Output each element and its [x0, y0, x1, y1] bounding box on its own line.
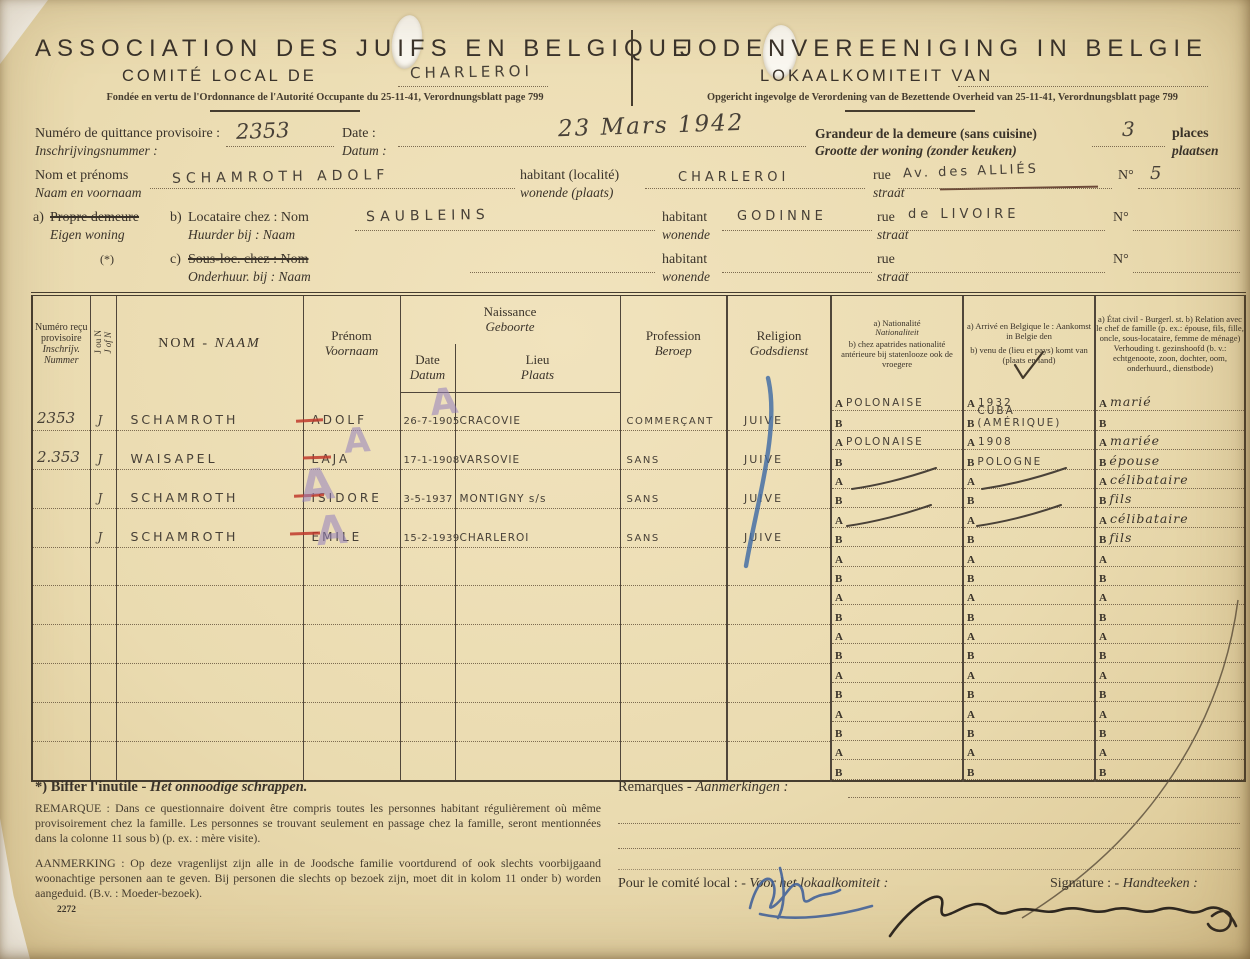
dotted-line — [355, 230, 655, 231]
sub-row-b-value: POLOGNE — [977, 456, 1042, 469]
sub-row-b-label: B — [832, 728, 845, 740]
ligne-c-label-fr: Sous-loc. chez : Nom — [188, 252, 309, 268]
cell-profession — [620, 702, 727, 741]
biffer-note: *) Biffer l'inutile - Het onnoodige schr… — [35, 779, 307, 796]
sub-row-a-value: mariée — [1110, 433, 1160, 449]
table-row: J SCHAMROTH EMILE 15-2-1939 CHARLEROI SA… — [32, 508, 1245, 547]
cell-nom — [116, 702, 303, 741]
biffer-note-nl: Het onnoodige schrappen. — [150, 779, 308, 795]
sub-row-a-label: A — [832, 631, 846, 643]
col-header-j-ou-n: J ou NJ of N — [90, 294, 116, 392]
pour-comite-label: Pour le comité local : - Voor het lokaal… — [618, 876, 888, 892]
sub-row-b-label: B — [832, 650, 845, 662]
sub-row-a-label: A — [1096, 554, 1110, 566]
sub-row-b-label: B — [964, 728, 977, 740]
habitant1-label-nl: wonende (plaats) — [520, 185, 613, 201]
cell-arrive: A1932BCUBA (AMÉRIQUE) — [963, 392, 1095, 431]
no1-label: N° — [1118, 168, 1134, 184]
sub-row-b-label: B — [1096, 573, 1109, 585]
cell-lieu-naissance — [455, 625, 620, 664]
table-row: AB AB AB — [32, 741, 1245, 781]
cell-prenom: EMILE — [303, 508, 400, 547]
signature-label: Signature : - Handteeken : — [1050, 876, 1198, 892]
date-label-nl: Datum : — [342, 143, 387, 159]
signature-label-fr: Signature : - — [1050, 876, 1119, 891]
title-french: ASSOCIATION DES JUIFS EN BELGIQUE — [35, 35, 615, 63]
footnote-french: Fondée en vertu de l'Ordonnance de l'Aut… — [35, 92, 615, 103]
sub-row-b-label: B — [964, 457, 977, 469]
cell-religion — [727, 663, 831, 702]
no1-value-handwritten: 5 — [1150, 163, 1161, 184]
signature-label-nl: Handteeken : — [1123, 876, 1198, 891]
sub-row-b-label: B — [964, 534, 977, 546]
dotted-line — [398, 146, 806, 147]
sub-row-a-label: A — [964, 747, 978, 759]
sub-row-a-label: A — [832, 515, 846, 527]
cell-etat-civil: AB — [1095, 741, 1245, 781]
sub-row-b-label: B — [1096, 767, 1109, 779]
sub-row-b-label: B — [964, 573, 977, 585]
ligne-a-prefix: a) — [33, 210, 44, 226]
sub-row-a-value: POLONAISE — [846, 436, 924, 449]
quittance-label-nl: Inschrijvingsnummer : — [35, 143, 158, 159]
sub-row-b-label: B — [832, 689, 845, 701]
ligne-b-label-fr: Locataire chez : Nom — [188, 210, 309, 226]
cell-etat-civil: AB — [1095, 586, 1245, 625]
col-header-lieu: LieuPlaats — [455, 344, 620, 392]
cell-profession: COMMERÇANT — [620, 392, 727, 431]
cell-nationalite: AB — [831, 741, 963, 781]
cell-j-ou-n — [90, 586, 116, 625]
sub-row-b-value: CUBA (AMÉRIQUE) — [977, 405, 1094, 430]
comite-signature-blue — [736, 862, 916, 924]
sub-row-a-value: célibataire — [1110, 472, 1189, 488]
pour-comite-label-nl: Voor het lokaalkomiteit : — [749, 876, 888, 891]
dotted-line — [618, 848, 1240, 849]
cell-religion — [727, 625, 831, 664]
cell-numero — [32, 625, 90, 664]
ligne-b-prefix: b) — [170, 210, 182, 226]
sub-row-a-label: A — [1096, 592, 1110, 604]
grandeur-label-nl: Grootte der woning (zonder keuken) — [815, 143, 1017, 159]
sub-row-b-label: B — [832, 418, 845, 430]
cell-nom — [116, 663, 303, 702]
dotted-line — [470, 272, 655, 273]
header-rule-right — [845, 110, 975, 112]
table-row: AB AB AB — [32, 586, 1245, 625]
cell-profession: SANS — [620, 431, 727, 470]
cell-numero — [32, 586, 90, 625]
cell-lieu-naissance — [455, 702, 620, 741]
sub-row-a-label: A — [1096, 709, 1110, 721]
cell-lieu-naissance: CRACOVIE — [455, 392, 620, 431]
cell-religion — [727, 586, 831, 625]
cell-religion — [727, 741, 831, 781]
dotted-line — [150, 188, 515, 189]
cell-numero: 2353 — [32, 392, 90, 431]
cell-etat-civil: AmariéB — [1095, 392, 1245, 431]
dotted-line — [722, 272, 872, 273]
cell-profession — [620, 586, 727, 625]
habitant2-label-nl: wonende — [662, 227, 710, 243]
cell-religion: JUIVE — [727, 470, 831, 509]
sub-row-a-value: POLONAISE — [846, 397, 924, 410]
no3-label: N° — [1113, 252, 1129, 268]
dotted-line — [848, 797, 1240, 798]
cell-arrive: AB — [963, 470, 1095, 509]
cell-date-naissance: 15-2-1939 — [400, 508, 455, 547]
cell-prenom — [303, 625, 400, 664]
table-row: 2353 J SCHAMROTH ADOLF 26-7-1905 CRACOVI… — [32, 392, 1245, 431]
cell-religion: JUIVE — [727, 431, 831, 470]
sub-row-a-label: A — [832, 747, 846, 759]
cell-nom: SCHAMROTH — [116, 392, 303, 431]
col-header-naissance: NaissanceGeboorte — [400, 294, 620, 344]
sub-row-a-label: A — [964, 554, 978, 566]
sub-row-a-label: A — [964, 670, 978, 682]
cell-date-naissance — [400, 663, 455, 702]
sub-row-a-label: A — [1096, 631, 1110, 643]
sub-row-a-label: A — [832, 398, 846, 410]
col-header-etat-civil: a) État civil - Burgerl. st. b) Relation… — [1095, 294, 1245, 392]
col-header-arrive: a) Arrivé en Belgique le : Aankomst in B… — [963, 294, 1095, 392]
sub-row-b-label: B — [1096, 457, 1109, 469]
cell-nationalite: APOLONAISEB — [831, 431, 963, 470]
cell-profession — [620, 741, 727, 781]
cell-arrive: AB — [963, 702, 1095, 741]
sub-row-b-label: B — [832, 457, 845, 469]
sub-row-b-label: B — [832, 534, 845, 546]
sub-row-a-label: A — [964, 437, 978, 449]
cell-arrive: AB — [963, 625, 1095, 664]
habitant3-label-nl: wonende — [662, 269, 710, 285]
sub-row-b-label: B — [832, 767, 845, 779]
sub-row-b-label: B — [832, 612, 845, 624]
footnote-dutch: Opgericht ingevolge de Verordening van d… — [645, 92, 1240, 103]
ligne-a-label-nl: Eigen woning — [50, 227, 125, 243]
cell-profession: SANS — [620, 470, 727, 509]
dotted-line — [226, 146, 334, 147]
cell-profession — [620, 625, 727, 664]
places-label-fr: places — [1172, 126, 1209, 142]
cell-religion: JUIVE — [727, 392, 831, 431]
sub-row-a-label: A — [1096, 437, 1110, 449]
cell-j-ou-n: J — [90, 508, 116, 547]
sub-row-a-value: 1908 — [978, 436, 1013, 449]
cell-prenom — [303, 586, 400, 625]
cell-arrive: AB — [963, 741, 1095, 781]
cell-lieu-naissance: MONTIGNY s/s — [455, 470, 620, 509]
ligne-b-label-nl: Huurder bij : Naam — [188, 227, 295, 243]
habitant3-label-fr: habitant — [662, 252, 707, 268]
cell-date-naissance — [400, 586, 455, 625]
dotted-line — [618, 823, 1240, 824]
aanmerking-paragraph: AANMERKING : Op deze vragenlijst zijn al… — [35, 856, 601, 901]
cell-lieu-naissance — [455, 741, 620, 781]
remarques-label-fr: Remarques - — [618, 779, 692, 795]
cell-profession — [620, 547, 727, 586]
cell-date-naissance — [400, 741, 455, 781]
cell-etat-civil: AmariéeBépouse — [1095, 431, 1245, 470]
cell-profession: SANS — [620, 508, 727, 547]
remarques-label-nl: Aanmerkingen : — [695, 779, 788, 795]
cell-nom — [116, 586, 303, 625]
cell-arrive: AB — [963, 586, 1095, 625]
sub-row-b-label: B — [964, 689, 977, 701]
cell-numero — [32, 470, 90, 509]
cell-date-naissance — [400, 547, 455, 586]
header-divider — [631, 30, 633, 106]
quittance-label-fr: Numéro de quittance provisoire : — [35, 126, 220, 142]
col-header-prenom: PrénomVoornaam — [303, 294, 400, 392]
habitant2-label-fr: habitant — [662, 210, 707, 226]
sub-row-a-label: A — [1096, 670, 1110, 682]
sub-row-a-label: A — [1096, 398, 1110, 410]
habitant2-value-handwritten: GODINNE — [737, 209, 827, 224]
cell-etat-civil: AB — [1095, 625, 1245, 664]
asterisk-mark: (*) — [100, 252, 114, 267]
cell-nom — [116, 741, 303, 781]
cell-arrive: AB — [963, 663, 1095, 702]
cell-nationalite: AB — [831, 508, 963, 547]
cell-nationalite: APOLONAISEB — [831, 392, 963, 431]
sub-row-b-label: B — [832, 573, 845, 585]
comite-local-value-handwritten: CHARLEROI — [410, 62, 533, 82]
sub-row-b-label: B — [964, 767, 977, 779]
locataire-chez-value-handwritten: SAUBLEINS — [366, 207, 490, 225]
cell-prenom — [303, 702, 400, 741]
dotted-line — [1133, 272, 1240, 273]
grandeur-label-fr: Grandeur de la demeure (sans cuisine) — [815, 126, 1037, 142]
pour-comite-label-fr: Pour le comité local : - — [618, 876, 746, 891]
cell-prenom: ISIDORE — [303, 470, 400, 509]
sub-row-a-label: A — [832, 592, 846, 604]
dotted-line — [1138, 188, 1240, 189]
remarques-label: Remarques - Aanmerkingen : — [618, 779, 788, 796]
sub-row-a-label: A — [832, 437, 846, 449]
sub-row-b-label: B — [964, 612, 977, 624]
dotted-line — [1092, 146, 1165, 147]
table-row: J SCHAMROTH ISIDORE 3-5-1937 MONTIGNY s/… — [32, 470, 1245, 509]
dotted-line — [618, 869, 1240, 870]
sub-row-a-label: A — [1096, 515, 1110, 527]
cell-numero: 2.353 — [32, 431, 90, 470]
sub-row-b-label: B — [1096, 650, 1109, 662]
cell-nom: WAISAPEL — [116, 431, 303, 470]
cell-profession — [620, 663, 727, 702]
cell-arrive: AB — [963, 508, 1095, 547]
scanned-form-page: ASSOCIATION DES JUIFS EN BELGIQUE COMITÉ… — [0, 0, 1250, 959]
sub-row-b-value: épouse — [1109, 453, 1160, 469]
sub-row-a-value: marié — [1110, 394, 1152, 410]
household-register-table: Numéro reçu provisoireInschrijv. Nummer … — [31, 292, 1246, 782]
date-value-handwritten: 23 Mars 1942 — [558, 110, 745, 142]
col-header-religion: ReligionGodsdienst — [727, 294, 831, 392]
grandeur-value-handwritten: 3 — [1122, 117, 1135, 141]
cell-numero — [32, 741, 90, 781]
quittance-value-handwritten: 2353 — [236, 118, 290, 144]
col-header-date: DateDatum — [400, 344, 455, 392]
rue1-value-handwritten: Av. des ALLIÉS — [903, 162, 1039, 182]
cell-lieu-naissance — [455, 547, 620, 586]
nom-label-nl: Naam en voornaam — [35, 185, 142, 201]
sub-row-b-label: B — [1096, 418, 1109, 430]
title-dutch: JODENVEREENIGING IN BELGIE — [650, 35, 1238, 63]
nom-value-handwritten: SCHAMROTH ADOLF — [172, 167, 390, 187]
no2-label: N° — [1113, 210, 1129, 226]
sub-row-a-label: A — [964, 592, 978, 604]
col-header-numero: Numéro reçu provisoireInschrijv. Nummer — [32, 294, 90, 392]
rue2-value-handwritten: de LIVOIRE — [908, 207, 1019, 222]
habitant1-label-fr: habitant (localité) — [520, 168, 619, 184]
cell-nom: SCHAMROTH — [116, 470, 303, 509]
sub-row-b-label: B — [1096, 612, 1109, 624]
cell-prenom: LAJA — [303, 431, 400, 470]
cell-nationalite: AB — [831, 625, 963, 664]
sub-row-a-label: A — [1096, 747, 1110, 759]
cell-j-ou-n — [90, 702, 116, 741]
cell-nationalite: AB — [831, 702, 963, 741]
dotted-line — [398, 86, 548, 87]
cell-date-naissance: 3-5-1937 — [400, 470, 455, 509]
cell-date-naissance — [400, 702, 455, 741]
col-header-nom: NOM - NAAM — [116, 294, 303, 392]
ligne-c-label-nl: Onderhuur. bij : Naam — [188, 269, 311, 285]
cell-nom — [116, 625, 303, 664]
sub-row-b-label: B — [964, 418, 977, 430]
cell-etat-civil: AcélibataireBfils — [1095, 470, 1245, 509]
sub-row-b-label: B — [1096, 534, 1109, 546]
table-row: AB AB AB — [32, 663, 1245, 702]
cell-religion: JUIVE — [727, 508, 831, 547]
remarque-paragraph: REMARQUE : Dans ce questionnaire doivent… — [35, 801, 601, 846]
cell-etat-civil: AB — [1095, 663, 1245, 702]
cell-arrive: AB — [963, 547, 1095, 586]
cell-etat-civil: AB — [1095, 702, 1245, 741]
table-row: AB AB AB — [32, 702, 1245, 741]
sub-row-b-label: B — [1096, 689, 1109, 701]
cell-nationalite: AB — [831, 547, 963, 586]
torn-edge-bottom-left — [0, 818, 30, 959]
dotted-line — [898, 188, 1112, 189]
cell-j-ou-n — [90, 741, 116, 781]
sub-row-b-value: fils — [1109, 491, 1132, 507]
cell-j-ou-n — [90, 547, 116, 586]
print-number: 2272 — [57, 905, 76, 915]
places-label-nl: plaatsen — [1172, 143, 1219, 159]
cell-date-naissance: 17-1-1908 — [400, 431, 455, 470]
cell-prenom: ADOLF — [303, 392, 400, 431]
biffer-note-fr: *) Biffer l'inutile - — [35, 779, 146, 795]
cell-nom — [116, 547, 303, 586]
cell-j-ou-n: J — [90, 470, 116, 509]
sub-row-a-label: A — [1096, 476, 1110, 488]
cell-nationalite: AB — [831, 586, 963, 625]
table-row: AB AB AB — [32, 547, 1245, 586]
table-row: AB AB AB — [32, 625, 1245, 664]
cell-nationalite: AB — [831, 663, 963, 702]
rue3-label-fr: rue — [877, 252, 895, 268]
dotted-line — [1133, 230, 1240, 231]
sub-row-a-label: A — [964, 631, 978, 643]
cell-numero — [32, 508, 90, 547]
cell-lieu-naissance — [455, 586, 620, 625]
nom-label-fr: Nom et prénoms — [35, 168, 128, 184]
dotted-line — [722, 230, 872, 231]
sub-row-a-label: A — [964, 515, 978, 527]
cell-numero — [32, 702, 90, 741]
cell-arrive: A1908BPOLOGNE — [963, 431, 1095, 470]
cell-j-ou-n — [90, 663, 116, 702]
cell-lieu-naissance: VARSOVIE — [455, 431, 620, 470]
sub-row-b-label: B — [1096, 728, 1109, 740]
header-rule-left — [210, 110, 360, 112]
dotted-line — [958, 86, 1208, 87]
subtitle-french: COMITÉ LOCAL DE — [122, 67, 317, 86]
cell-j-ou-n: J — [90, 392, 116, 431]
sub-row-b-value: fils — [1109, 530, 1132, 546]
sub-row-b-label: B — [964, 495, 977, 507]
dotted-line — [900, 272, 1105, 273]
cell-religion — [727, 702, 831, 741]
cell-date-naissance: 26-7-1905 — [400, 392, 455, 431]
sub-row-a-label: A — [832, 554, 846, 566]
cell-j-ou-n: J — [90, 431, 116, 470]
sub-row-a-label: A — [832, 476, 846, 488]
cell-prenom — [303, 741, 400, 781]
table-row: 2.353 J WAISAPEL LAJA 17-1-1908 VARSOVIE… — [32, 431, 1245, 470]
sub-row-b-label: B — [1096, 495, 1109, 507]
col-header-profession: ProfessionBeroep — [620, 294, 727, 392]
cell-religion — [727, 547, 831, 586]
ligne-a-label-fr: Propre demeure — [50, 210, 139, 226]
col-header-nationalite: a) NationalitéNationaliteitb) chez apatr… — [831, 294, 963, 392]
rue1-label-fr: rue — [873, 168, 891, 184]
date-label-fr: Date : — [342, 126, 376, 142]
ligne-c-prefix: c) — [170, 252, 181, 268]
cell-prenom — [303, 663, 400, 702]
cell-nationalite: AB — [831, 470, 963, 509]
dotted-line — [900, 230, 1105, 231]
cell-numero — [32, 663, 90, 702]
sub-row-a-label: A — [964, 476, 978, 488]
cell-nom: SCHAMROTH — [116, 508, 303, 547]
sub-row-a-label: A — [832, 670, 846, 682]
sub-row-b-label: B — [832, 495, 845, 507]
cell-prenom — [303, 547, 400, 586]
dotted-line — [645, 188, 865, 189]
sub-row-a-label: A — [964, 398, 978, 410]
rue2-label-fr: rue — [877, 210, 895, 226]
sub-row-a-value: célibataire — [1110, 511, 1189, 527]
cell-etat-civil: AcélibataireBfils — [1095, 508, 1245, 547]
cell-date-naissance — [400, 625, 455, 664]
sub-row-a-label: A — [832, 709, 846, 721]
cell-numero — [32, 547, 90, 586]
cell-etat-civil: AB — [1095, 547, 1245, 586]
sub-row-b-label: B — [964, 650, 977, 662]
sub-row-a-label: A — [964, 709, 978, 721]
cell-j-ou-n — [90, 625, 116, 664]
cell-lieu-naissance: CHARLEROI — [455, 508, 620, 547]
habitant1-value-handwritten: CHARLEROI — [678, 170, 789, 185]
subtitle-dutch: LOKAALKOMITEIT VAN — [760, 67, 993, 86]
cell-lieu-naissance — [455, 663, 620, 702]
